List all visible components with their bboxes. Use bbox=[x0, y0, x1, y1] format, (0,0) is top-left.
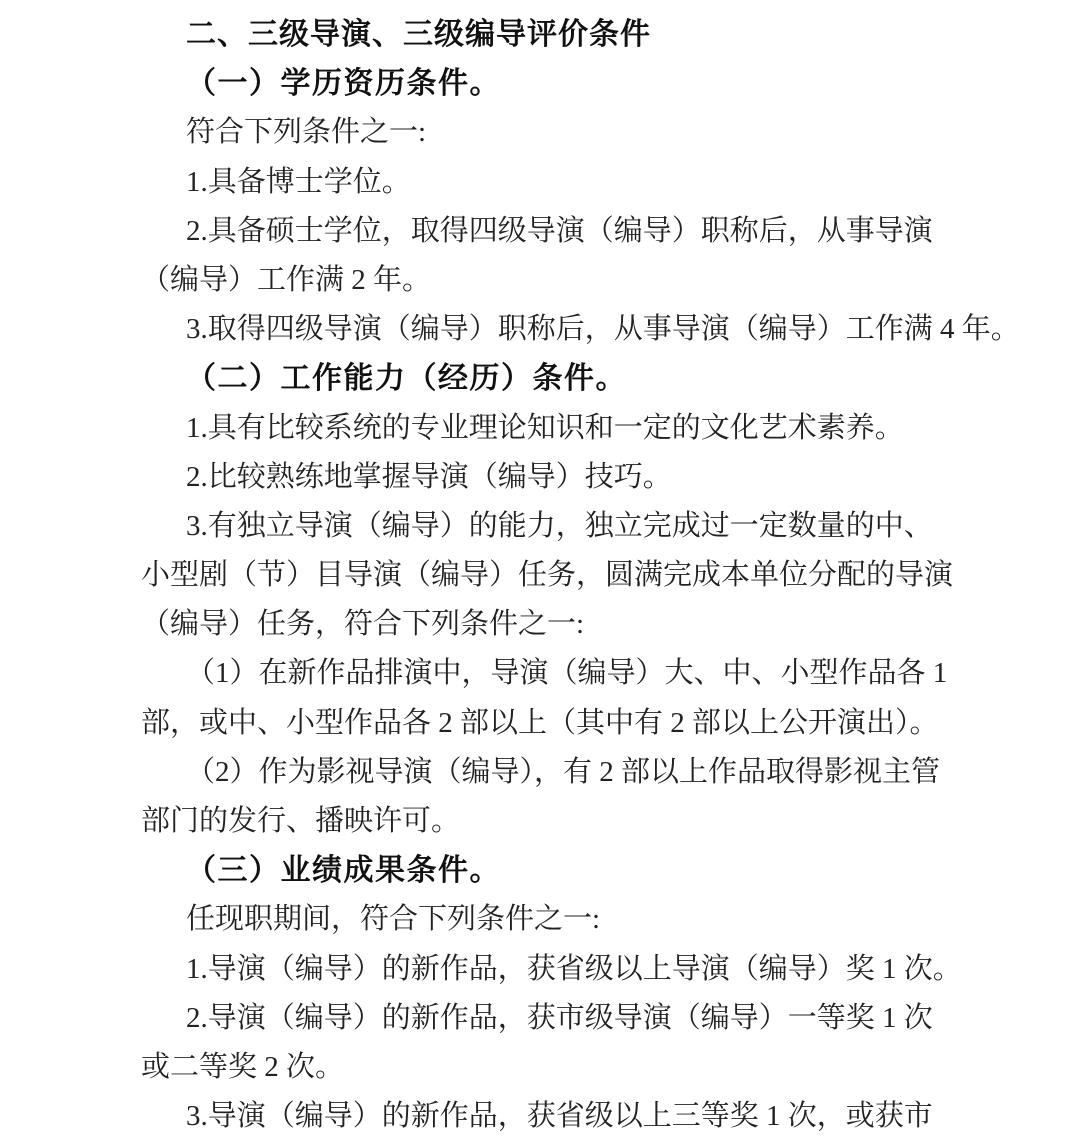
text-line: （编导）工作满 2 年。 bbox=[141, 256, 1080, 305]
text-line: 或二等奖 2 次。 bbox=[141, 1043, 1080, 1092]
text-line: 2.导演（编导）的新作品，获市级导演（编导）一等奖 1 次 bbox=[141, 994, 1080, 1043]
text-line: （2）作为影视导演（编导），有 2 部以上作品取得影视主管 bbox=[141, 748, 1080, 797]
text-line: 2.比较熟练地掌握导演（编导）技巧。 bbox=[141, 453, 1080, 502]
text-line: 任现职期间，符合下列条件之一: bbox=[141, 895, 1080, 944]
text-line: 3.取得四级导演（编导）职称后，从事导演（编导）工作满 4 年。 bbox=[141, 305, 1080, 354]
text-line: 3.有独立导演（编导）的能力，独立完成过一定数量的中、 bbox=[141, 502, 1080, 551]
document-text-block: 二、三级导演、三级编导评价条件（一）学历资历条件。符合下列条件之一:1.具备博士… bbox=[141, 10, 1080, 1136]
text-line: 符合下列条件之一: bbox=[141, 108, 1080, 157]
text-line: 部门的发行、播映许可。 bbox=[141, 797, 1080, 846]
subsection-heading: （三）业绩成果条件。 bbox=[141, 846, 1080, 895]
text-line: 部，或中、小型作品各 2 部以上（其中有 2 部以上公开演出）。 bbox=[141, 699, 1080, 748]
text-line: （编导）任务，符合下列条件之一: bbox=[141, 600, 1080, 649]
text-line: 1.具备博士学位。 bbox=[141, 158, 1080, 207]
text-line: （1）在新作品排演中，导演（编导）大、中、小型作品各 1 bbox=[141, 649, 1080, 698]
text-line: 2.具备硕士学位，取得四级导演（编导）职称后，从事导演 bbox=[141, 207, 1080, 256]
text-line: 1.导演（编导）的新作品，获省级以上导演（编导）奖 1 次。 bbox=[141, 945, 1080, 994]
text-line: 1.具有比较系统的专业理论知识和一定的文化艺术素养。 bbox=[141, 404, 1080, 453]
text-line: 3.导演（编导）的新作品，获省级以上三等奖 1 次，或获市 bbox=[141, 1092, 1080, 1136]
text-line: 小型剧（节）目导演（编导）任务，圆满完成本单位分配的导演 bbox=[141, 551, 1080, 600]
subsection-heading: （二）工作能力（经历）条件。 bbox=[141, 354, 1080, 403]
section-heading: 二、三级导演、三级编导评价条件 bbox=[141, 10, 1080, 59]
document-page: 二、三级导演、三级编导评价条件（一）学历资历条件。符合下列条件之一:1.具备博士… bbox=[0, 0, 1080, 1136]
subsection-heading: （一）学历资历条件。 bbox=[141, 59, 1080, 108]
